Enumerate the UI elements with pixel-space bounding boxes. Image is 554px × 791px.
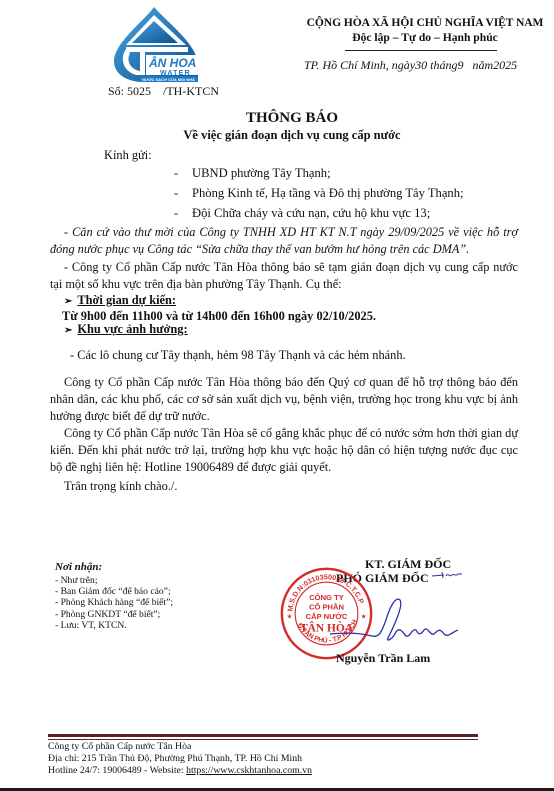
arrow-bullet-icon: ➢ xyxy=(64,325,72,336)
salutation: Kính gửi: xyxy=(104,147,152,163)
distribution-item: - Ban Giám đốc “để báo cáo”; xyxy=(55,586,173,597)
distribution-item: - Như trên; xyxy=(55,575,173,586)
recipient-item: -Đội Chữa cháy và cứu nạn, cứu hộ khu vự… xyxy=(174,203,464,223)
announcement-paragraph: - Công ty Cổ phần Cấp nước Tân Hòa thông… xyxy=(50,259,518,293)
footer-address: Địa chỉ: 215 Trần Thủ Độ, Phường Phú Thạ… xyxy=(48,753,312,765)
water-drop-logo-icon: ÂN HOA WATER NƯỚC SẠCH CỦA MỌI NHÀ xyxy=(106,5,208,83)
recipient-list: -UBND phường Tây Thạnh; -Phòng Kinh tế, … xyxy=(174,163,464,223)
website-link[interactable]: https://www.cskhtanhoa.com.vn xyxy=(186,765,312,776)
recipient-item: -UBND phường Tây Thạnh; xyxy=(174,163,464,183)
place-and-date: TP. Hồ Chí Minh, ngày30 tháng9 năm2025 xyxy=(304,58,517,73)
support-paragraph: Công ty Cổ phần Cấp nước Tân Hòa thông b… xyxy=(50,374,518,425)
national-motto: Độc lập – Tự do – Hạnh phúc xyxy=(300,31,550,44)
arrow-bullet-icon: ➢ xyxy=(64,296,72,307)
distribution-title: Nơi nhận: xyxy=(55,561,102,573)
initials-mark-icon xyxy=(430,568,470,582)
svg-text:WATER: WATER xyxy=(160,70,191,77)
distribution-item: - Lưu: VT, KTCN. xyxy=(55,620,173,631)
recipient-item: -Phòng Kinh tế, Hạ tầng và Đô thị phường… xyxy=(174,183,464,203)
basis-paragraph: - Căn cứ vào thư mời của Công ty TNHH XD… xyxy=(50,224,518,258)
time-heading: ➢Thời gian dự kiến: xyxy=(64,293,176,308)
footer-divider-thin xyxy=(48,739,478,740)
document-page: ÂN HOA WATER NƯỚC SẠCH CỦA MỌI NHÀ Số: 5… xyxy=(0,0,554,788)
motto-underline xyxy=(345,50,497,51)
document-subtitle: Về việc gián đoạn dịch vụ cung cấp nước xyxy=(0,128,554,143)
area-heading: ➢Khu vực ảnh hưởng: xyxy=(64,322,188,337)
distribution-item: - Phòng GNKDT “để biết”; xyxy=(55,609,173,620)
footer-contact: Hotline 24/7: 19006489 - Website: https:… xyxy=(48,765,312,777)
signer-name: Nguyễn Trần Lam xyxy=(336,651,430,666)
handwritten-signature-icon xyxy=(330,590,470,650)
area-value: - Các lô chung cư Tây thạnh, hẻm 98 Tây … xyxy=(70,347,406,363)
footer-divider xyxy=(48,734,478,737)
restore-paragraph: Công ty Cổ phần Cấp nước Tân Hòa sẽ cố g… xyxy=(50,425,518,476)
distribution-list: - Như trên; - Ban Giám đốc “để báo cáo”;… xyxy=(55,575,173,631)
svg-text:★: ★ xyxy=(287,612,293,620)
footer: Công ty Cổ phần Cấp nước Tân Hòa Địa chỉ… xyxy=(48,741,312,778)
nation-header: CỘNG HÒA XÃ HỘI CHỦ NGHĨA VIỆT NAM xyxy=(300,16,550,29)
footer-company: Công ty Cổ phần Cấp nước Tân Hòa xyxy=(48,741,312,753)
svg-text:NƯỚC SẠCH CỦA MỌI NHÀ: NƯỚC SẠCH CỦA MỌI NHÀ xyxy=(142,77,195,82)
closing: Trân trọng kính chào./. xyxy=(64,478,177,494)
distribution-item: - Phòng Khách hàng “để biết”; xyxy=(55,597,173,608)
document-title: THÔNG BÁO xyxy=(0,110,554,127)
document-number: Số: 5025 /TH-KTCN xyxy=(108,84,219,99)
svg-text:ÂN HOA: ÂN HOA xyxy=(148,55,196,70)
